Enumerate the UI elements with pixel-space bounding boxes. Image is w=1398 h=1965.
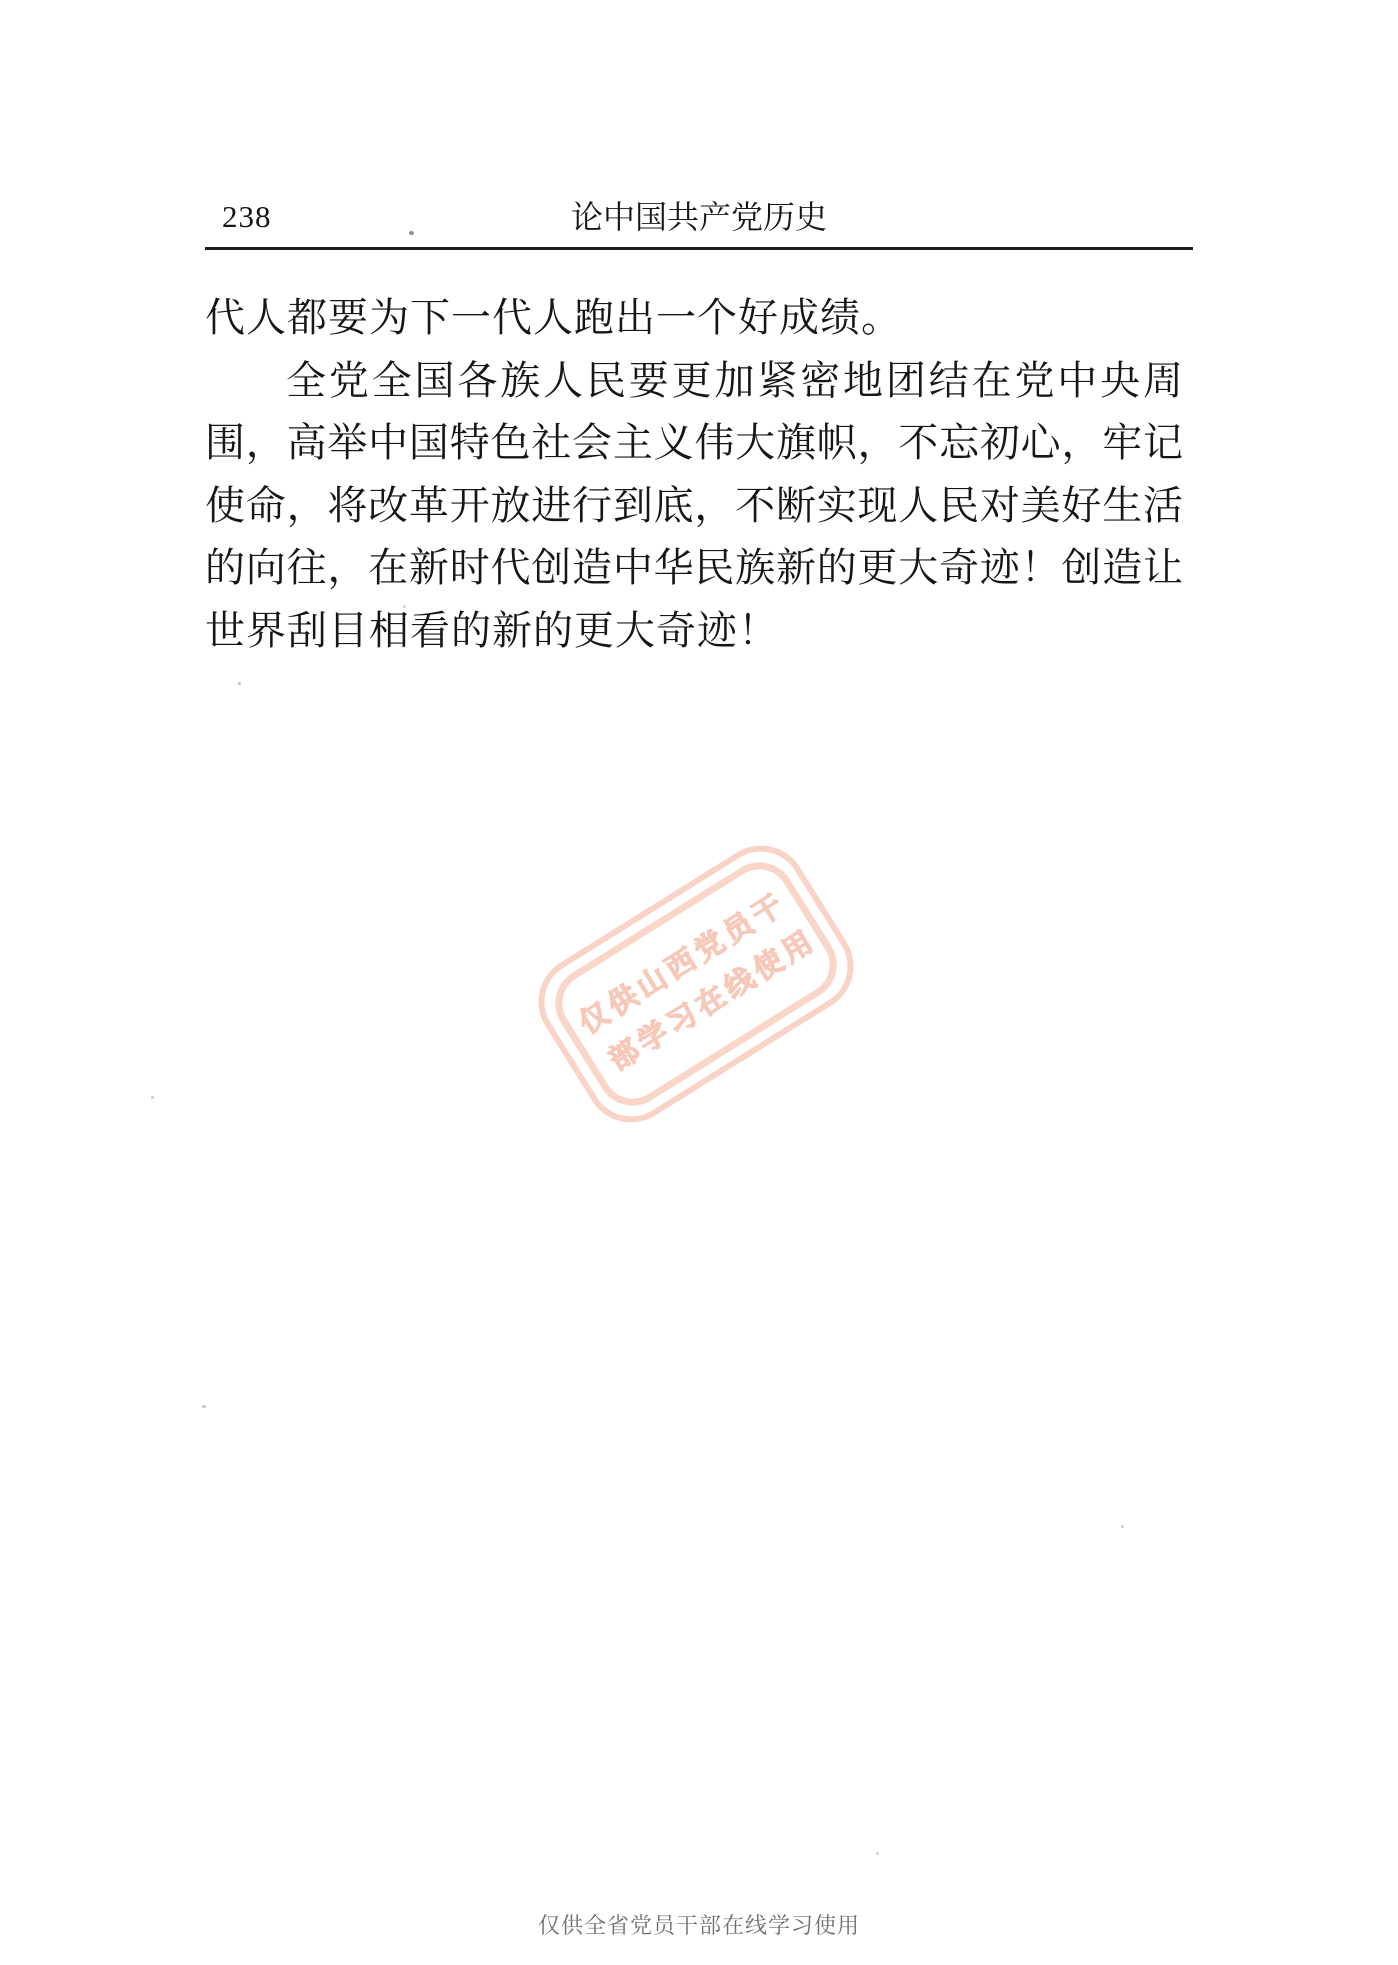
watermark-stamp: 仅供山西党员干 部学习在线使用 <box>521 828 871 1140</box>
body-line: 世界刮目相看的新的更大奇迹！ <box>205 600 1183 663</box>
footer-usage-note: 仅供全省党员干部在线学习使用 <box>0 1911 1398 1941</box>
scan-speck <box>1121 1525 1124 1528</box>
body-line: 全党全国各族人民要更加紧密地团结在党中央周 <box>205 350 1183 413</box>
header-divider-rule <box>205 247 1193 250</box>
body-text-block: 代人都要为下一代人跑出一个好成绩。 全党全国各族人民要更加紧密地团结在党中央周 … <box>205 287 1183 662</box>
scanned-book-page: 238 论中国共产党历史 代人都要为下一代人跑出一个好成绩。 全党全国各族人民要… <box>0 0 1398 1965</box>
body-line: 的向往，在新时代创造中华民族新的更大奇迹！创造让 <box>205 537 1183 600</box>
scan-speck <box>876 1852 879 1855</box>
watermark-text: 仅供山西党员干 部学习在线使用 <box>529 836 862 1131</box>
scan-speck <box>202 1405 206 1408</box>
body-line: 使命，将改革开放进行到底，不断实现人民对美好生活 <box>205 475 1183 538</box>
body-line: 代人都要为下一代人跑出一个好成绩。 <box>205 287 1183 350</box>
body-line: 围，高举中国特色社会主义伟大旗帜，不忘初心，牢记 <box>205 412 1183 475</box>
scan-speck <box>151 1096 154 1099</box>
running-header-title: 论中国共产党历史 <box>0 199 1398 236</box>
scan-speck <box>238 682 241 685</box>
